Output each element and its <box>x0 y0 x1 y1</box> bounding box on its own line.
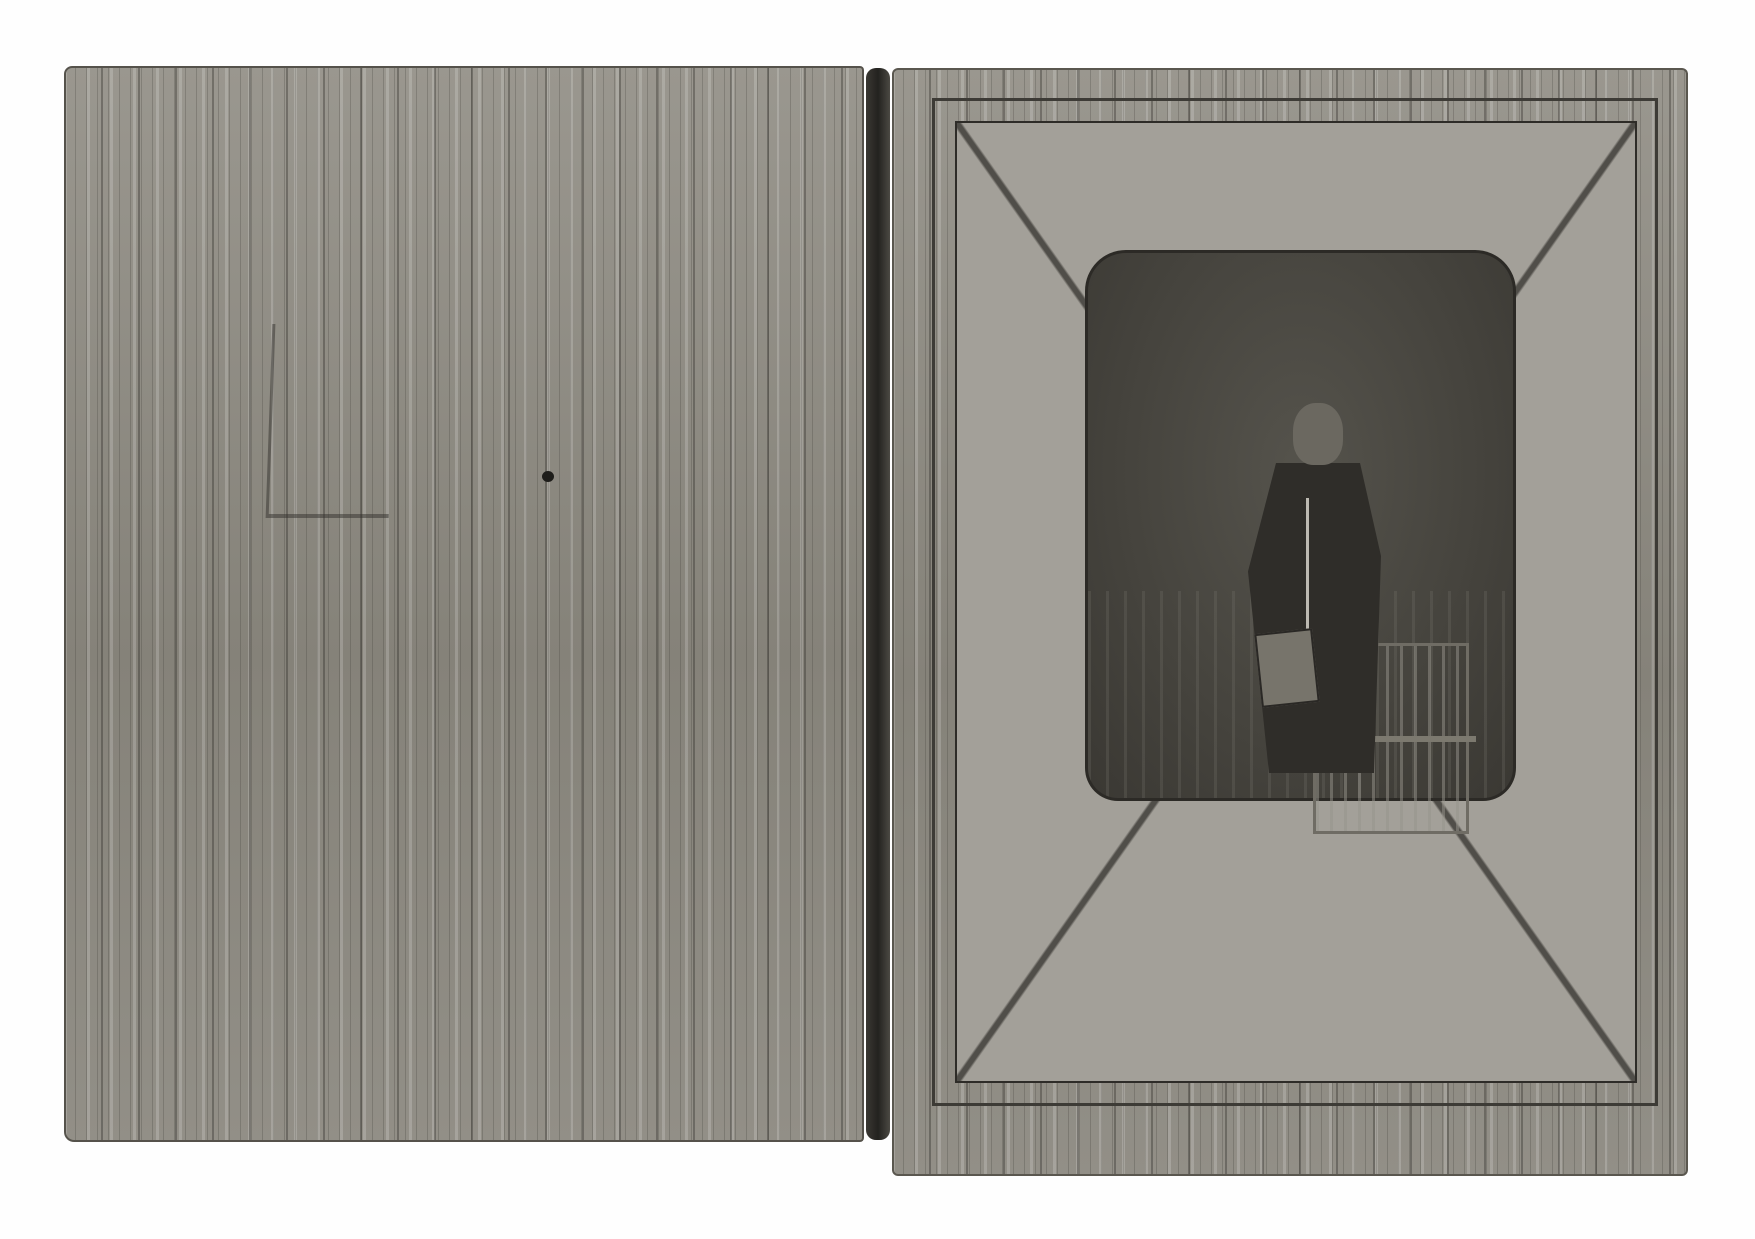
standing-figure <box>1238 403 1388 773</box>
tintype-photo <box>1088 253 1513 798</box>
case-tray <box>892 68 1688 1176</box>
case-lid <box>64 66 864 1142</box>
box-bag <box>1254 628 1319 708</box>
case-hinge <box>866 68 890 1140</box>
mitered-mat <box>955 121 1637 1083</box>
lid-dent <box>266 324 396 518</box>
figure-head <box>1293 403 1343 465</box>
figure-robe <box>1248 463 1388 773</box>
staff <box>1306 498 1309 638</box>
nail-hole <box>542 471 554 482</box>
outer-frame <box>932 98 1658 1106</box>
